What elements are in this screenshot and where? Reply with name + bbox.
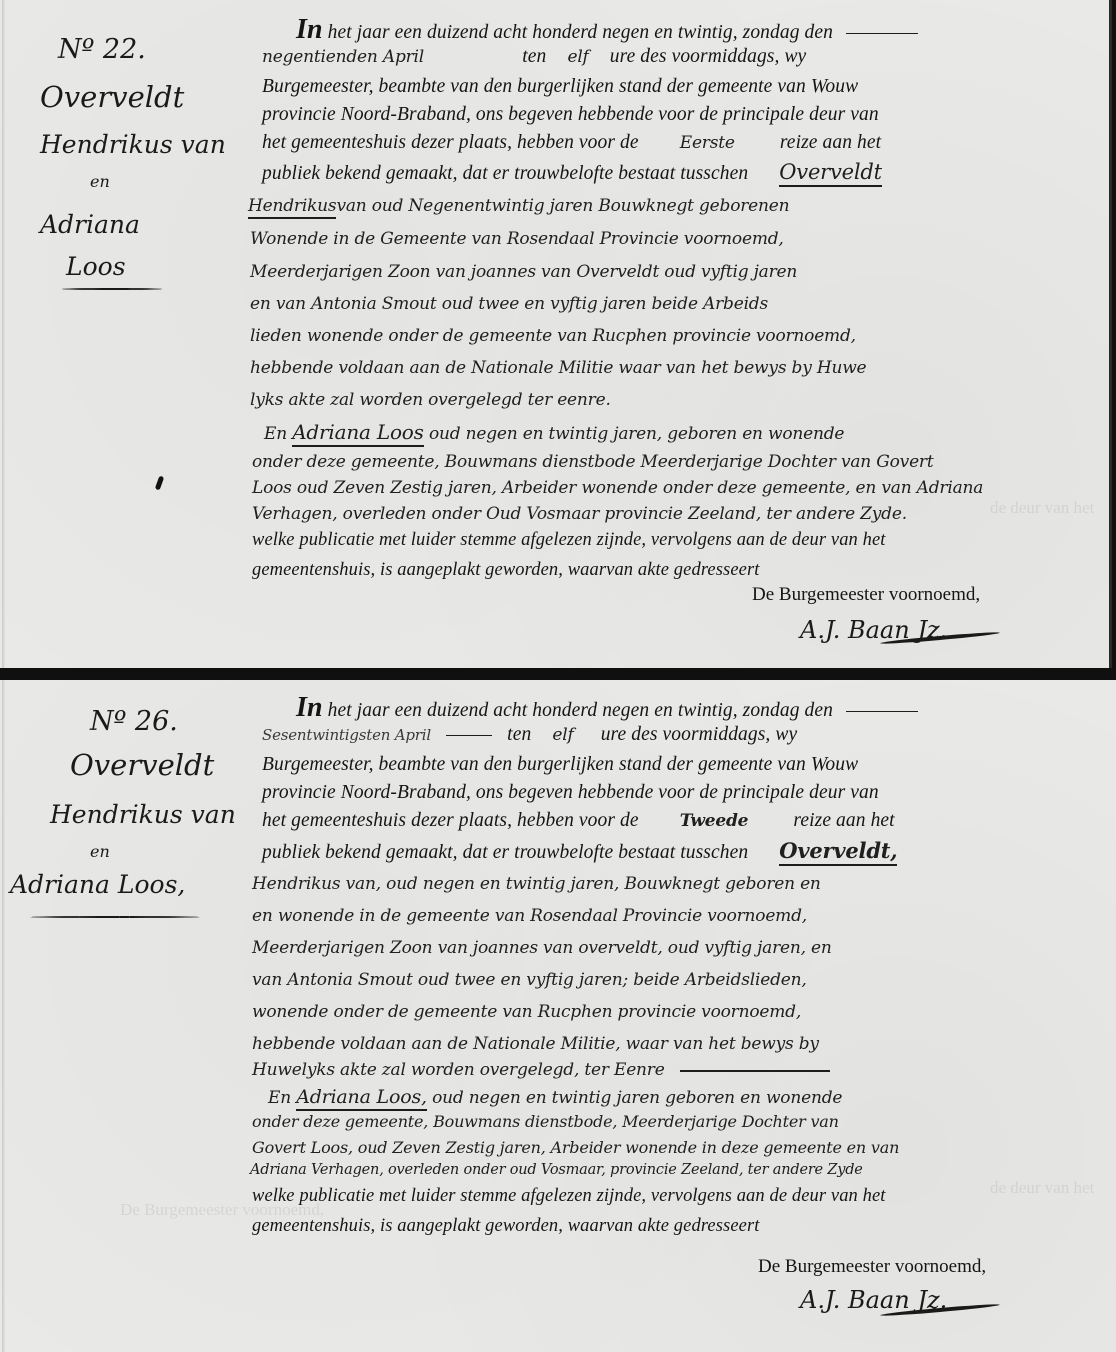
line-10: en van Antonia Smout oud twee en vyftig …: [250, 294, 768, 326]
handwritten-hour: elf: [567, 47, 588, 67]
line-11: lieden wonende onder de gemeente van Ruc…: [250, 326, 856, 358]
groom-given-name: Hendrikus van: [50, 800, 236, 829]
fill-rule: [846, 711, 918, 712]
conjunction: en: [90, 842, 110, 861]
line-2: negentienden April ten elf ure des voorm…: [262, 46, 806, 78]
line-2: Sesentwintigsten April ten elf ure des v…: [262, 724, 797, 756]
line-18: welke publicatie met luider stemme afgel…: [252, 530, 886, 562]
bleed-through-text: de deur van het: [990, 1178, 1094, 1198]
bleed-through-text: de deur van het: [990, 498, 1094, 518]
banns-record-26: de deur van het De Burgemeester voornoem…: [0, 680, 1116, 1352]
bride-first-name: Adriana: [40, 210, 140, 239]
handwritten-day: negentienden April: [262, 47, 424, 67]
line-7: Hendrikus van, oud negen en twintig jare…: [252, 874, 821, 906]
line-13: lyks akte zal worden overgelegd ter eenr…: [250, 390, 611, 422]
fill-rule: [680, 1070, 830, 1072]
line-7: Hendrikusvan oud Negenentwintig jaren Bo…: [248, 196, 789, 228]
line-9: Meerderjarigen Zoon van joannes van Over…: [250, 262, 797, 294]
bride-name-inline: Adriana Loos,: [296, 1086, 427, 1111]
record-number: Nº 22.: [58, 34, 146, 65]
page-edge: [2, 0, 5, 668]
record-number: Nº 26.: [90, 706, 178, 737]
line-6: publiek bekend gemaakt, dat er trouwbelo…: [262, 160, 882, 192]
groom-surname: Overveldt: [70, 748, 214, 782]
line-10: van Antonia Smout oud twee en vyftig jar…: [252, 970, 807, 1002]
closing-title: De Burgemeester voornoemd,: [752, 584, 980, 606]
bride-full-name: Adriana Loos,: [10, 870, 185, 899]
handwritten-ordinal: Eerste: [680, 133, 735, 153]
line-1: In het jaar een duizend acht honderd neg…: [296, 14, 918, 46]
handwritten-day: Sesentwintigsten April: [262, 726, 431, 744]
line-11: wonende onder de gemeente van Rucphen pr…: [252, 1002, 801, 1034]
fill-rule: [846, 33, 918, 34]
flourish: [30, 916, 200, 918]
bride-last-name: Loos: [66, 252, 126, 281]
line-1: In het jaar een duizend acht honderd neg…: [296, 692, 918, 724]
line-6: publiek bekend gemaakt, dat er trouwbelo…: [262, 838, 897, 870]
handwritten-ordinal: Tweede: [680, 811, 749, 831]
groom-given-name: Hendrikus van: [40, 130, 226, 159]
groom-surname: Overveldt: [40, 80, 184, 114]
flourish: [62, 288, 162, 290]
line-8: Wonende in de Gemeente van Rosendaal Pro…: [250, 229, 784, 261]
groom-surname-inline: Overveldt,: [779, 838, 897, 866]
page-edge: [2, 680, 5, 1352]
groom-surname-inline: Overveldt: [779, 160, 882, 187]
bride-name-inline: Adriana Loos: [292, 420, 424, 447]
line-19: gemeentenshuis, is aangeplakt geworden, …: [252, 560, 760, 592]
line-8: en wonende in de gemeente van Rosendaal …: [252, 906, 807, 938]
line-9: Meerderjarigen Zoon van joannes van over…: [252, 938, 832, 970]
line-19: gemeentenshuis, is aangeplakt geworden, …: [252, 1216, 760, 1248]
line-18: welke publicatie met luider stemme afgel…: [252, 1186, 886, 1218]
banns-record-22: de deur van het Nº 22. Overveldt Hendrik…: [0, 0, 1112, 668]
closing-title: De Burgemeester voornoemd,: [758, 1256, 986, 1278]
handwritten-hour: elf: [552, 725, 573, 745]
line-14: En Adriana Loos oud negen en twintig jar…: [264, 420, 844, 452]
ink-blot: [155, 476, 164, 491]
conjunction: en: [90, 172, 110, 191]
fill-rule: [446, 735, 492, 736]
line-12: hebbende voldaan aan de Nationale Militi…: [250, 358, 866, 390]
